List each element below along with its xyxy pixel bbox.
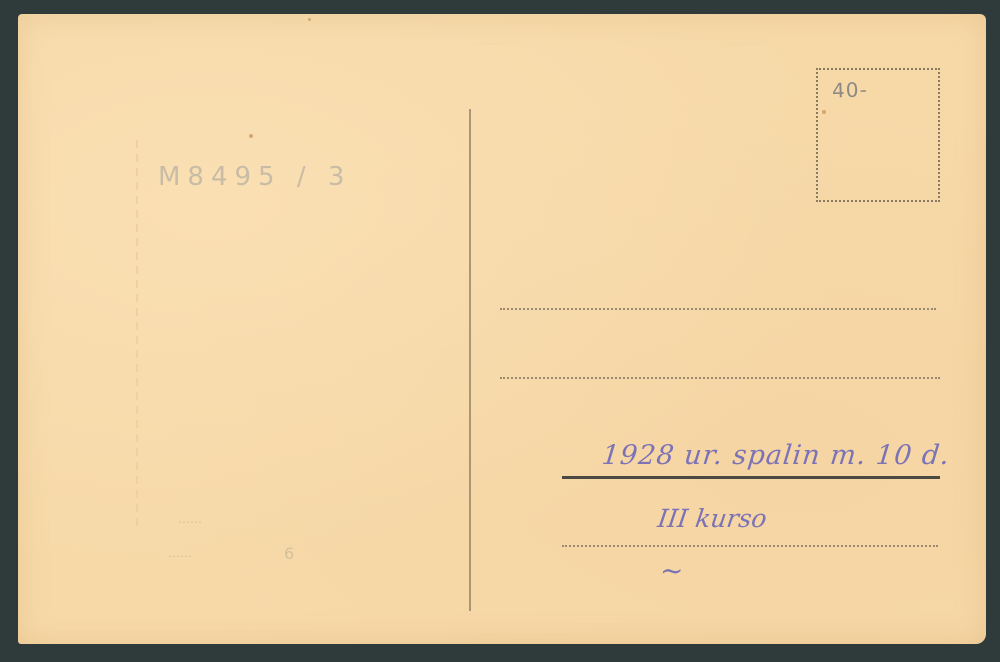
handwritten-date: 1928 ur. spalin m. 10 d. (600, 440, 951, 471)
handwritten-note: III kurso (656, 504, 769, 533)
handwritten-tilde: ~ (660, 554, 683, 587)
pencil-price-mark: 40- (832, 77, 868, 102)
faint-left-border (136, 140, 138, 530)
paper-speck (822, 110, 826, 114)
postcard: M8495 / 3 40- 1928 ur. spalin m. 10 d. I… (18, 14, 986, 644)
address-line-3 (562, 476, 940, 479)
center-divider-line (469, 109, 471, 611)
address-line-2 (500, 377, 940, 379)
stamp-box: 40- (816, 68, 940, 202)
faint-mark-3: 6 (284, 544, 294, 563)
pencil-inventory-code: M8495 / 3 (158, 162, 351, 192)
faint-mark-1: …… (178, 512, 202, 526)
address-line-1 (500, 308, 936, 310)
address-line-4 (562, 545, 938, 547)
paper-speck (308, 18, 311, 21)
faint-mark-2: …… (168, 546, 192, 560)
paper-speck (249, 134, 253, 138)
